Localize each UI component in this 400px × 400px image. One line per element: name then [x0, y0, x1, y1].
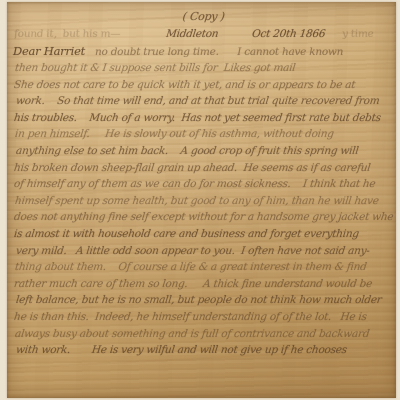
manuscript-line: very mild. A little odd soon appear to y… — [15, 243, 394, 260]
manuscript-line: left balance, but he is no small, but pe… — [15, 292, 394, 309]
manuscript-line: with work. He is very wilful and will no… — [15, 342, 394, 359]
manuscript-line: does not anything fine self except witho… — [13, 209, 394, 226]
manuscript-line: then bought it & I suppose sent bills fo… — [14, 60, 394, 77]
manuscript-line: of himself any of them as we can do for … — [13, 176, 394, 193]
manuscript-line: She does not care to be quick with it ye… — [13, 77, 394, 94]
dateline-place: Middleton — [165, 26, 219, 43]
manuscript-line: rather much care of them so long. A thic… — [13, 276, 394, 293]
salutation: Dear Harriet — [13, 44, 85, 58]
manuscript-line: anything else to set him back. A good cr… — [15, 143, 394, 160]
manuscript-line: himself spent up some health, but good t… — [14, 193, 394, 210]
manuscript-line: his broken down sheep-flail grain up ahe… — [13, 160, 394, 177]
dateline-row: found it, but his m— Middleton Oct 20th … — [13, 26, 392, 43]
copy-label: ( Copy ) — [13, 8, 394, 26]
manuscript-line: work. So that time will end, and at that… — [15, 93, 394, 110]
manuscript-line: thing about them. Of course a life & a g… — [14, 259, 394, 276]
paper: ( Copy ) found it, but his m— Middleton … — [7, 2, 396, 398]
salutation-row: Dear Harrietno doubt true long time. I c… — [13, 43, 392, 60]
bleedthrough-text: found it, but his m— — [13, 26, 121, 43]
letter-scan: ( Copy ) found it, but his m— Middleton … — [0, 0, 400, 400]
dateline-date: Oct 20th 1866 — [251, 26, 326, 43]
bleedthrough-text: y time — [341, 26, 374, 43]
manuscript-line: he is than this. Indeed, he himself unde… — [13, 309, 394, 326]
letter-content: ( Copy ) found it, but his m— Middleton … — [13, 8, 392, 398]
manuscript-line: is almost it with household care and bus… — [13, 226, 394, 243]
manuscript-line: no doubt true long time. I cannot have k… — [95, 46, 343, 58]
manuscript-line: in pen himself. He is slowly out of his … — [14, 126, 394, 143]
manuscript-line: always busy about something and is full … — [14, 326, 394, 343]
manuscript-line: his troubles. Much of a worry. Has not y… — [13, 110, 394, 127]
